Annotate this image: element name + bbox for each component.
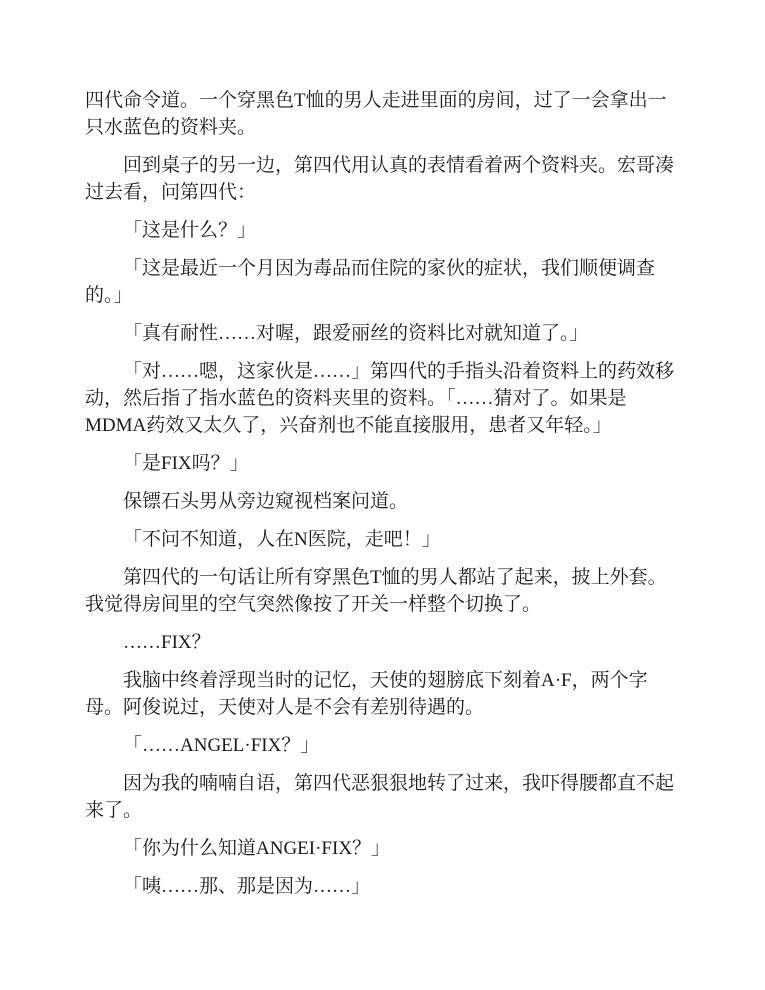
document-page: 四代命令道。一个穿黑色T恤的男人走进里面的房间，过了一会拿出一只水蓝色的资料夹。… <box>0 0 765 990</box>
paragraph: 保镖石头男从旁边窥视档案问道。 <box>85 488 675 515</box>
paragraph-dialogue: 「这是什么？」 <box>85 217 675 244</box>
paragraph: 因为我的喃喃自语，第四代恶狠狠地转了过来，我吓得腰都直不起来了。 <box>85 770 675 824</box>
paragraph: 四代命令道。一个穿黑色T恤的男人走进里面的房间，过了一会拿出一只水蓝色的资料夹。 <box>85 87 675 141</box>
paragraph: 回到桌子的另一边，第四代用认真的表情看着两个资料夹。宏哥凑过去看，问第四代： <box>85 152 675 206</box>
paragraph-dialogue: 「真有耐性……对喔，跟爱丽丝的资料比对就知道了。」 <box>85 320 675 347</box>
paragraph-dialogue: 「不问不知道，人在N医院，走吧！」 <box>85 526 675 553</box>
paragraph: 第四代的一句话让所有穿黑色T恤的男人都站了起来，披上外套。我觉得房间里的空气突然… <box>85 564 675 618</box>
paragraph-dialogue: 「你为什么知道ANGEI·FIX？」 <box>85 835 675 862</box>
paragraph-dialogue: 「对……嗯，这家伙是……」第四代的手指头沿着资料上的药效移动，然后指了指水蓝色的… <box>85 358 675 439</box>
paragraph-dialogue: 「这是最近一个月因为毒品而住院的家伙的症状，我们顺便调查的。」 <box>85 255 675 309</box>
paragraph-dialogue: 「咦……那、那是因为……」 <box>85 873 675 900</box>
paragraph-dialogue: 「是FIX吗？」 <box>85 450 675 477</box>
paragraph-dialogue: 「……ANGEL·FIX？」 <box>85 732 675 759</box>
paragraph: 我脑中终着浮现当时的记忆，天使的翅膀底下刻着A·F，两个字母。阿俊说过，天使对人… <box>85 667 675 721</box>
paragraph: ……FIX？ <box>85 629 675 656</box>
story-text: 四代命令道。一个穿黑色T恤的男人走进里面的房间，过了一会拿出一只水蓝色的资料夹。… <box>85 87 675 900</box>
